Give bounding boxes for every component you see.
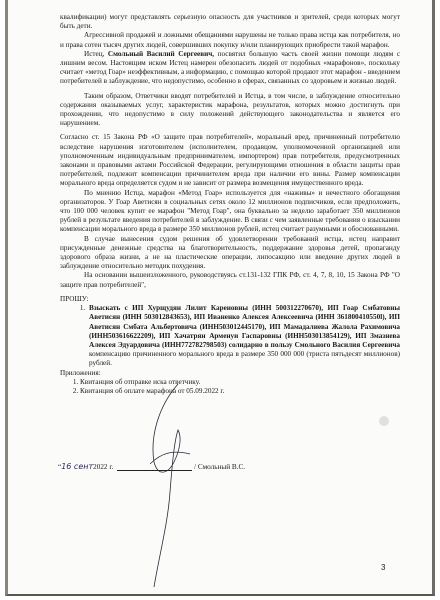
paragraph-legal-basis: На основании вышеизложенного, руководств… — [60, 271, 400, 289]
paragraph-aggressive-sales: Агрессивной продажей и ложными обещаниям… — [60, 31, 400, 49]
paragraph-plaintiff: Истец, Смольный Василий Сергеевич, посвя… — [60, 50, 400, 87]
paragraph-conclusion: Таким образом, Ответчики вводят потребит… — [60, 92, 400, 129]
paragraph-qualification: квалификации) могут представлять серьезн… — [60, 13, 400, 31]
attachment-item: Квитанция об отправке иска ответчику. — [80, 378, 400, 387]
attachment-item: Квитанция об оплате марафона от 05.09.20… — [80, 387, 400, 396]
attachments-list: Квитанция об отправке иска ответчику. Кв… — [60, 378, 400, 396]
request-heading: ПРОШУ: — [60, 295, 400, 304]
handwritten-signature — [148, 382, 198, 592]
plaintiff-name: Смольный Василий Сергеевич, — [108, 50, 214, 58]
page-number: 3 — [381, 563, 385, 572]
request-list: Взыскать с ИП Хурщудян Лилит Кареновны (… — [60, 304, 400, 368]
handwritten-date: 16 сент — [61, 462, 93, 471]
paragraph-plaintiff-opinion: По мнению Истца, марафон «Метод Гоар» ис… — [60, 189, 400, 235]
document-body: квалификации) могут представлять серьезн… — [60, 13, 400, 396]
paragraph-law-article-15: Согласно ст. 15 Закона РФ «О защите прав… — [60, 133, 400, 188]
paper-stain — [379, 416, 389, 426]
request-item: Взыскать с ИП Хурщудян Лилит Кареновны (… — [87, 304, 400, 368]
signer-name: / Смольный В.С. — [194, 463, 245, 471]
signature-year: 2022 г. — [93, 463, 113, 471]
attachments-title: Приложения: — [60, 369, 400, 378]
paragraph-charity: В случае вынесения судом решения об удов… — [60, 235, 400, 272]
